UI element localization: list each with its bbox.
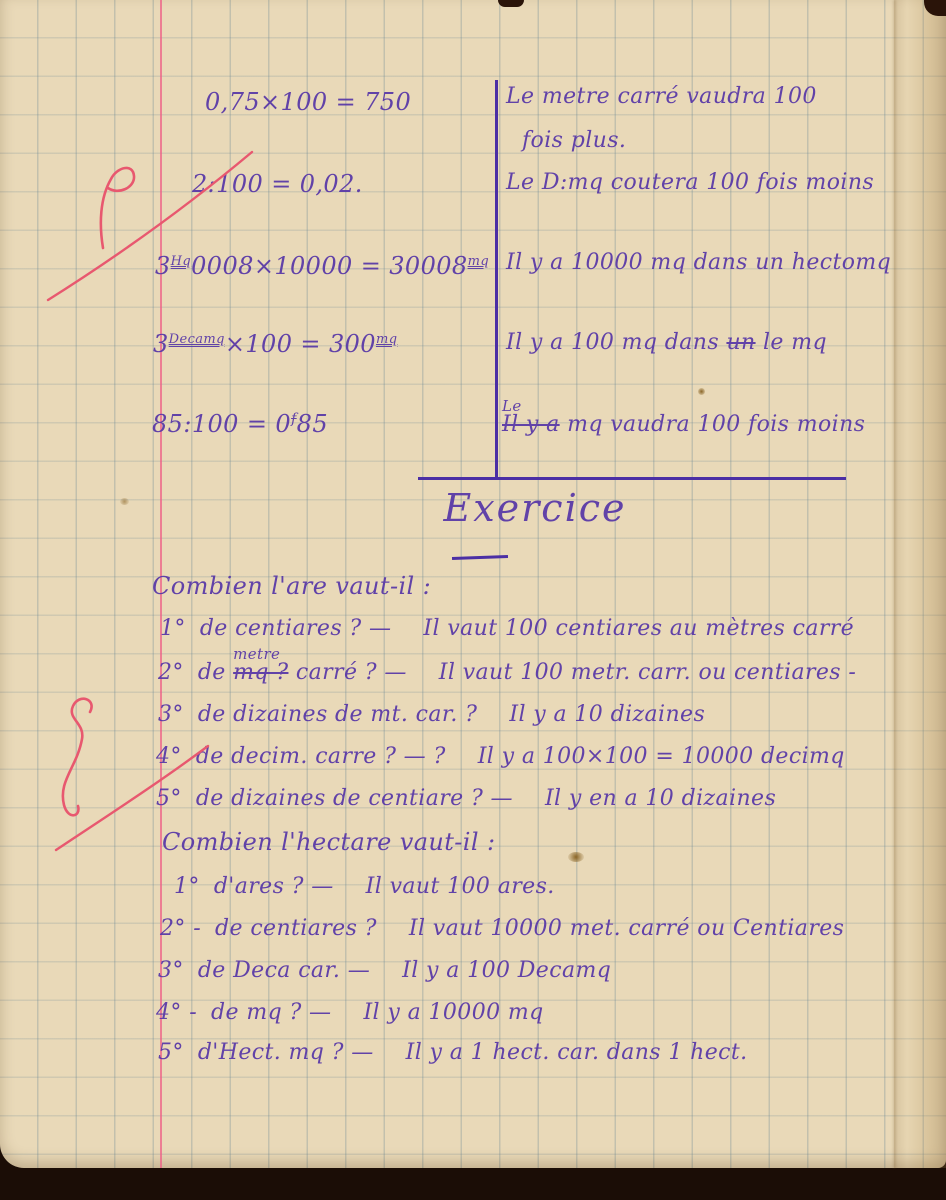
paper-stain (120, 498, 129, 505)
red-squiggle-mark-1 (101, 168, 134, 248)
paper-stain (698, 388, 705, 395)
red-squiggle-mark-2 (63, 699, 92, 816)
teacher-marks-overlay (0, 0, 946, 1200)
red-slash-mark-1 (48, 152, 252, 300)
red-slash-mark-2 (56, 746, 208, 850)
notebook-scan: 0,75×100 = 750 2:100 = 0,02. 3Hq0008×100… (0, 0, 946, 1200)
paper-stain (568, 852, 584, 862)
